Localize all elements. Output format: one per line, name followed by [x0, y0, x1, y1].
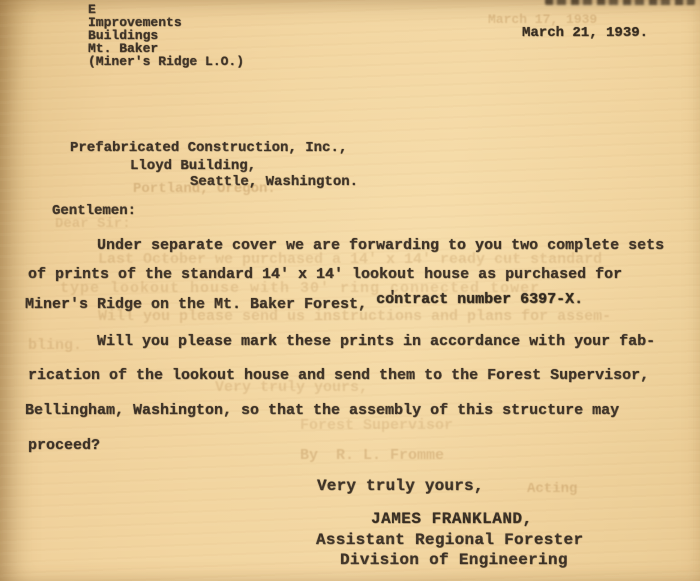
signature-division: Division of Engineering: [340, 551, 568, 569]
paragraph1-line1: Under separate cover we are forwarding t…: [97, 237, 664, 254]
recipient-city: Seattle, Washington.: [190, 174, 358, 190]
recipient-name: Prefabricated Construction, Inc.,: [70, 140, 347, 156]
ghost-acting-line: Acting: [527, 481, 577, 497]
salutation: Gentlemen:: [52, 203, 136, 219]
paragraph1-line3-text: Miner's Ridge on the Mt. Baker Forest,: [25, 296, 367, 313]
ghost-bling-line: bling.: [28, 337, 82, 354]
signature-name: JAMES FRANKLAND,: [371, 510, 533, 528]
overstrike-apostrophe: ': [388, 289, 397, 306]
signature-title: Assistant Regional Forester: [316, 531, 583, 549]
paragraph2-line1: Will you please mark these prints in acc…: [97, 333, 655, 350]
contract-number-raised: contract number 6397-X.: [376, 291, 583, 308]
paragraph2-line4: proceed?: [28, 437, 100, 454]
recipient-building: Lloyd Building,: [130, 158, 256, 174]
paragraph1-line2: of prints of the standard 14' x 14' look…: [28, 266, 622, 283]
letter-date: March 21, 1939.: [522, 25, 648, 41]
complimentary-close: Very truly yours,: [317, 477, 484, 495]
letter-page: March 17, 1939 Portland, Oregon. Dear Si…: [0, 0, 700, 581]
cropped-text-smudge: [545, 0, 695, 5]
paragraph1-line3: Miner's Ridge on the Mt. Baker Forest,co…: [25, 296, 583, 313]
file-ref-line: (Miner's Ridge L.O.): [88, 55, 244, 68]
paragraph2-line3: Bellingham, Washington, so that the asse…: [25, 402, 619, 419]
ghost-by-fromme-line: By R. L. Fromme: [300, 447, 444, 464]
ghost-supervisor-line: Forest Supervisor: [300, 417, 453, 434]
paragraph2-line2: rication of the lookout house and send t…: [28, 367, 649, 384]
